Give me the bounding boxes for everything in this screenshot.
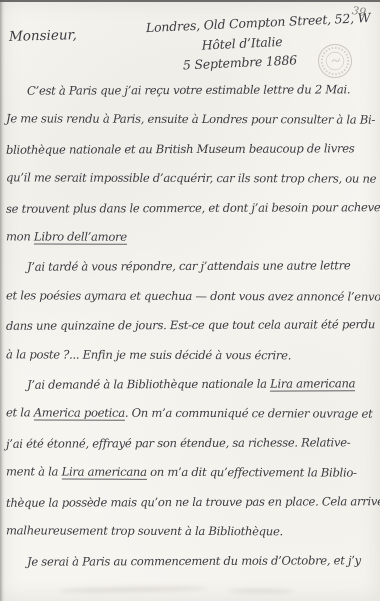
letter-body: C’est à Paris que j’ai reçu votre estima… — [0, 76, 380, 576]
line-text: dans une quinzaine de jours. Est-ce que … — [6, 317, 375, 333]
manuscript-line: à la poste ?... Enfin je me suis décidé … — [6, 340, 380, 371]
line-text: on m’a dit qu’effectivement la Biblio- — [147, 465, 357, 480]
line-text: thèque la possède mais qu’on ne la trouv… — [6, 494, 380, 510]
line-text: et la — [6, 406, 34, 420]
manuscript-line: Je serai à Paris au commencement du mois… — [6, 546, 380, 577]
manuscript-line: bliothèque nationale et au British Museu… — [6, 134, 380, 165]
line-text: malheureusement trop souvent à la Biblio… — [6, 523, 283, 538]
letter-page: 39 Londres, Old Compton Street, 52, W Hô… — [0, 0, 380, 601]
line-text: ment à la — [6, 465, 62, 479]
line-text: J’ai demandé à la Bibliothèque nationale… — [27, 377, 270, 392]
manuscript-line: C’est à Paris que j’ai reçu votre estima… — [6, 75, 380, 106]
manuscript-line: qu’il me serait impossible d’acquérir, c… — [6, 164, 380, 195]
line-text: à la poste ?... Enfin je me suis décidé … — [6, 347, 291, 362]
manuscript-line: dans une quinzaine de jours. Est-ce que … — [6, 310, 380, 341]
line-text: et les poésies aymara et quechua — dont … — [6, 288, 380, 303]
manuscript-line: ment à la Lira americana on m’a dit qu’e… — [6, 458, 380, 489]
scan-edge-top — [0, 0, 380, 2]
line-text: j’ai été étonné, effrayé par son étendue… — [6, 435, 350, 451]
line-text: bliothèque nationale et au British Museu… — [6, 141, 354, 157]
manuscript-line: mon Libro dell’amore — [6, 222, 380, 253]
manuscript-line: se trouvent plus dans le commerce, et do… — [6, 193, 380, 224]
manuscript-line: thèque la possède mais qu’on ne la trouv… — [6, 487, 380, 518]
manuscript-line: J’ai demandé à la Bibliothèque nationale… — [6, 369, 380, 400]
line-text: C’est à Paris que j’ai reçu votre estima… — [27, 82, 350, 97]
line-text: se trouvent plus dans le commerce, et do… — [6, 200, 380, 216]
line-text: Je me suis rendu à Paris, ensuite à Lond… — [6, 112, 375, 127]
underlined-book-title: Lira americana — [270, 376, 355, 391]
line-text: J’ai tardé à vous répondre, car j’attend… — [27, 259, 351, 274]
manuscript-line: Je me suis rendu à Paris, ensuite à Lond… — [6, 105, 380, 136]
salutation: Monsieur, — [9, 27, 77, 45]
line-text: qu’il me serait impossible d’acquérir, c… — [6, 171, 376, 186]
line-text: . On m’a communiqué ce dernier ouvrage e… — [125, 406, 373, 421]
line-text: mon — [6, 229, 34, 243]
manuscript-line: et les poésies aymara et quechua — dont … — [6, 281, 380, 312]
underlined-book-title: America poetica — [34, 406, 125, 421]
underlined-book-title: Lira americana — [62, 465, 147, 480]
manuscript-line: et la America poetica. On m’a communiqué… — [6, 399, 380, 430]
manuscript-line: malheureusement trop souvent à la Biblio… — [6, 516, 380, 547]
line-text: Je serai à Paris au commencement du mois… — [27, 553, 361, 568]
manuscript-line: j’ai été étonné, effrayé par son étendue… — [6, 428, 380, 459]
manuscript-line: J’ai tardé à vous répondre, car j’attend… — [6, 252, 380, 283]
ink-bleedthrough — [58, 586, 208, 594]
ink-bleedthrough — [228, 588, 294, 593]
underlined-book-title: Libro dell’amore — [34, 229, 127, 244]
